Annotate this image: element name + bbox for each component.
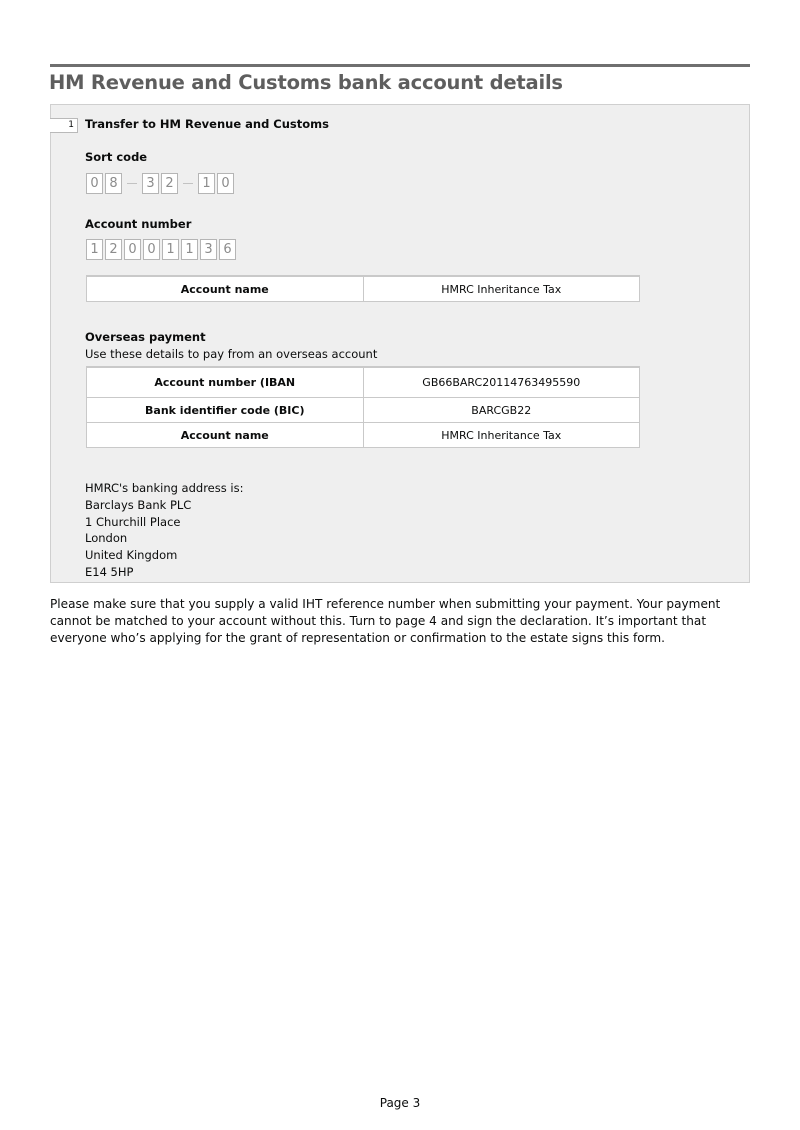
banking-address-intro: HMRC's banking address is: <box>85 480 243 497</box>
sort-code-digit: 2 <box>161 173 178 194</box>
table-row: Account name HMRC Inheritance Tax <box>87 276 640 302</box>
table-row: Bank identifier code (BIC) BARCGB22 <box>87 398 640 423</box>
table-row: Account number (IBAN GB66BARC20114763495… <box>87 367 640 398</box>
account-number-boxes: 1 2 0 0 1 1 3 6 <box>86 239 238 260</box>
table-key: Account name <box>87 276 364 302</box>
sort-code-digit: 0 <box>217 173 234 194</box>
account-number-digit: 0 <box>143 239 160 260</box>
account-number-digit: 0 <box>124 239 141 260</box>
address-line: E14 5HP <box>85 564 243 581</box>
address-line: Barclays Bank PLC <box>85 497 243 514</box>
sort-code-digit: 3 <box>142 173 159 194</box>
account-number-digit: 1 <box>181 239 198 260</box>
table-value: HMRC Inheritance Tax <box>363 423 640 448</box>
bank-details-section: 1 Transfer to HM Revenue and Customs Sor… <box>50 104 750 583</box>
payment-instructions: Please make sure that you supply a valid… <box>50 596 750 647</box>
sort-code-digit: 1 <box>198 173 215 194</box>
account-number-label: Account number <box>85 217 191 231</box>
overseas-table: Account number (IBAN GB66BARC20114763495… <box>86 366 640 448</box>
sort-code-separator <box>183 183 193 184</box>
account-number-digit: 6 <box>219 239 236 260</box>
sort-code-separator <box>127 183 137 184</box>
account-number-digit: 1 <box>86 239 103 260</box>
sort-code-digit: 8 <box>105 173 122 194</box>
table-row: Account name HMRC Inheritance Tax <box>87 423 640 448</box>
account-number-digit: 1 <box>162 239 179 260</box>
table-key: Account number (IBAN <box>87 367 364 398</box>
overseas-hint: Use these details to pay from an oversea… <box>85 347 377 361</box>
table-value: HMRC Inheritance Tax <box>363 276 640 302</box>
sort-code-label: Sort code <box>85 150 147 164</box>
banking-address: HMRC's banking address is: Barclays Bank… <box>85 480 243 581</box>
sort-code-digit: 0 <box>86 173 103 194</box>
address-line: 1 Churchill Place <box>85 514 243 531</box>
account-name-table: Account name HMRC Inheritance Tax <box>86 275 640 302</box>
page-number: Page 3 <box>0 1096 800 1110</box>
address-line: United Kingdom <box>85 547 243 564</box>
sort-code-boxes: 0 8 3 2 1 0 <box>86 173 236 194</box>
overseas-heading: Overseas payment <box>85 330 206 344</box>
table-value: GB66BARC20114763495590 <box>363 367 640 398</box>
table-key: Account name <box>87 423 364 448</box>
address-line: London <box>85 530 243 547</box>
table-value: BARCGB22 <box>363 398 640 423</box>
account-number-digit: 2 <box>105 239 122 260</box>
account-number-digit: 3 <box>200 239 217 260</box>
question-title: Transfer to HM Revenue and Customs <box>85 117 329 131</box>
page-title: HM Revenue and Customs bank account deta… <box>49 71 563 94</box>
title-rule <box>50 64 750 67</box>
question-number: 1 <box>50 118 78 133</box>
table-key: Bank identifier code (BIC) <box>87 398 364 423</box>
